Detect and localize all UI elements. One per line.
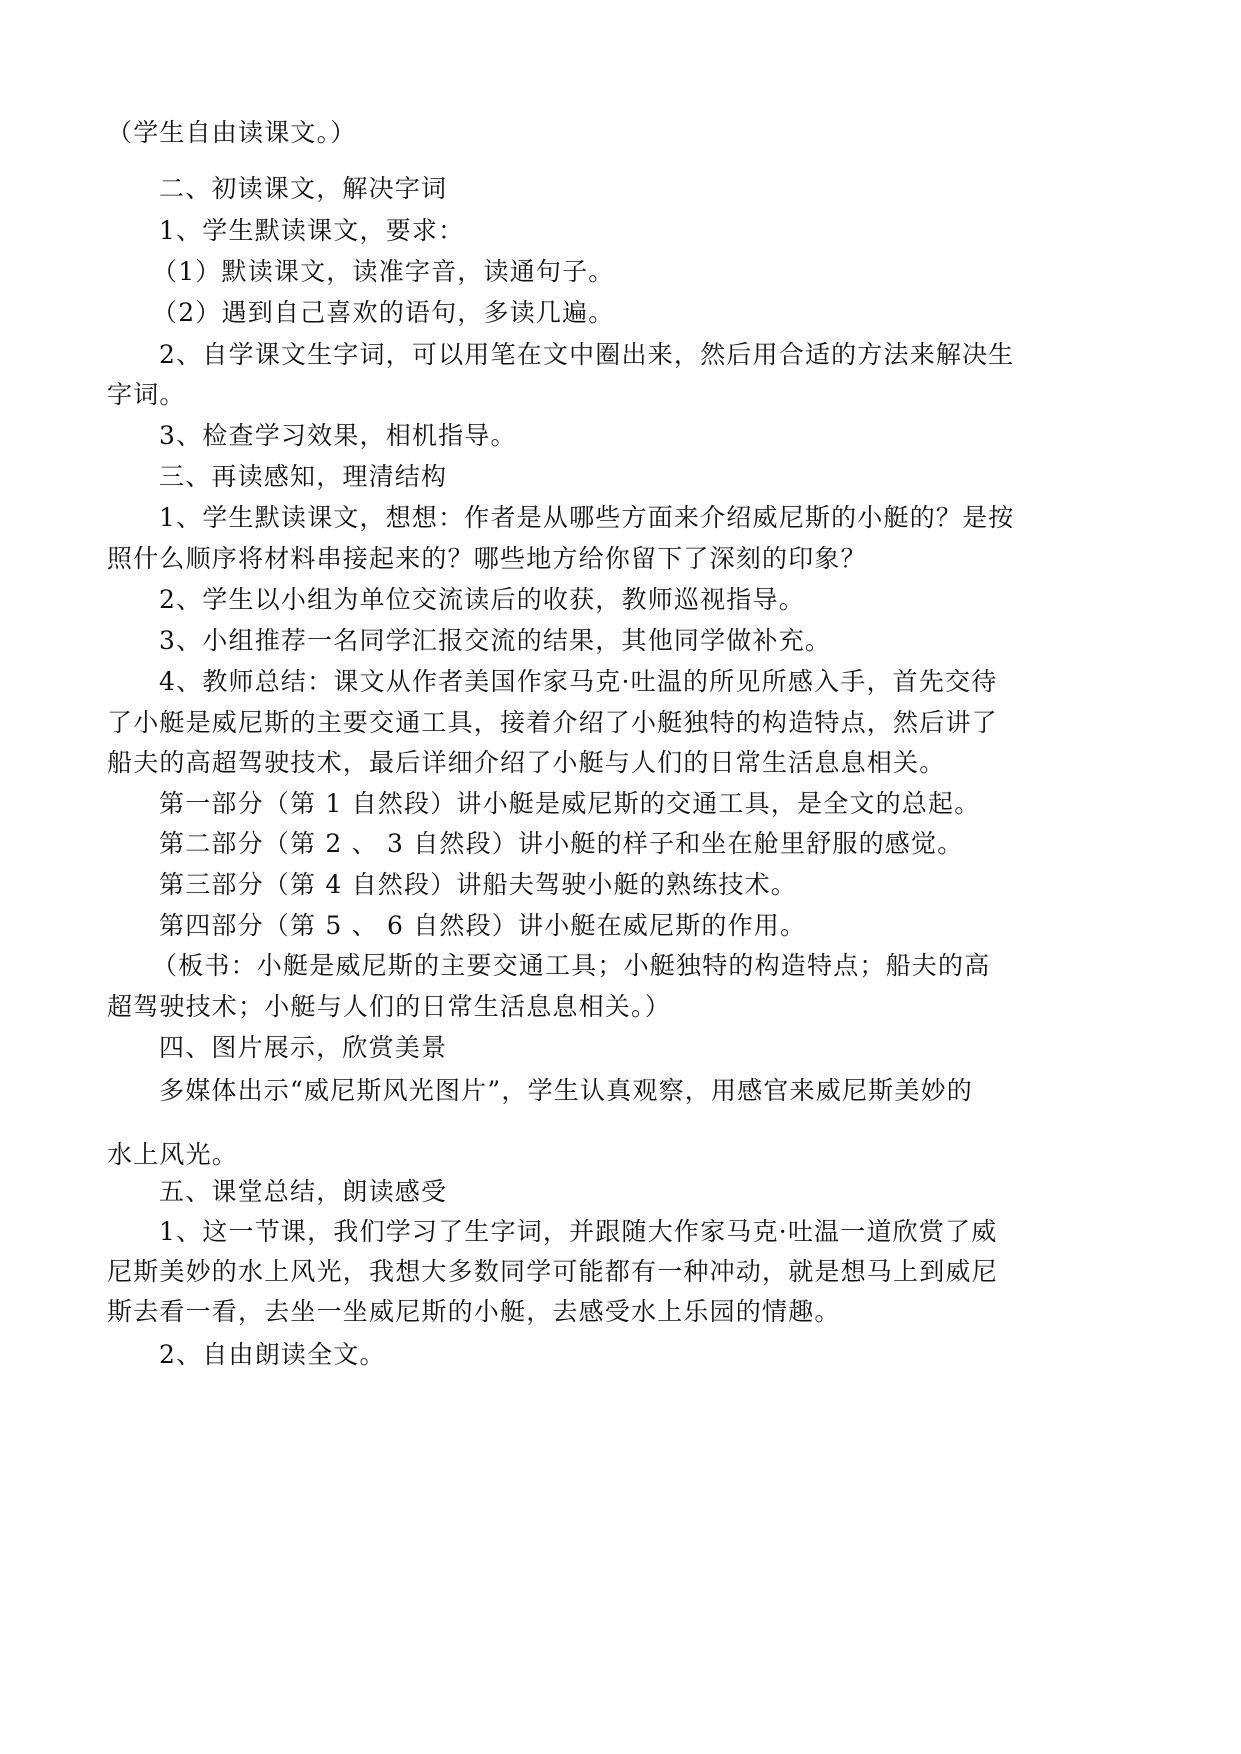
section-heading: 四、图片展示，欣赏美景 [159,1033,447,1063]
paragraph-line: 2、自由朗读全文。 [159,1340,386,1370]
paragraph-line: 船夫的高超驾驶技术，最后详细介绍了小艇与人们的日常生活息息相关。 [107,748,945,778]
paragraph-line: 字词。 [107,380,186,410]
paragraph-line: 1、学生默读课文，要求： [159,216,464,246]
list-item: （2）遇到自己喜欢的语句，多读几遍。 [152,298,615,328]
paragraph-line: 了小艇是威尼斯的主要交通工具，接着介绍了小艇独特的构造特点，然后讲了 [107,708,998,738]
section-heading: 五、课堂总结，朗读感受 [159,1177,447,1207]
paragraph-line: 4、教师总结：课文从作者美国作家马克·吐温的所见所感入手，首先交待 [159,667,997,697]
paragraph-line: 1、学生默读课文，想想：作者是从哪些方面来介绍威尼斯的小艇的？是按 [159,503,1015,533]
paragraph-line: 第四部分（第 5 、 6 自然段）讲小艇在威尼斯的作用。 [159,911,806,941]
paragraph-line: 多媒体出示“威尼斯风光图片”，学生认真观察，用感官来威尼斯美妙的 [159,1076,973,1106]
paragraph-line: 照什么顺序将材料串接起来的？哪些地方给你留下了深刻的印象？ [107,544,867,574]
paragraph-line: 2、自学课文生字词，可以用笔在文中圈出来，然后用合适的方法来解决生 [159,340,1015,370]
paragraph-line: 尼斯美妙的水上风光，我想大多数同学可能都有一种冲动，就是想马上到威尼 [107,1257,998,1287]
document-page: （学生自由读课文。） 二、初读课文，解决字词 1、学生默读课文，要求： （1）默… [0,0,1241,1754]
paragraph-line: 第二部分（第 2 、 3 自然段）讲小艇的样子和坐在舱里舒服的感觉。 [159,829,963,859]
paragraph-line: （学生自由读课文。） [107,118,357,148]
paragraph-line: （板书：小艇是威尼斯的主要交通工具；小艇独特的构造特点；船夫的高 [152,951,990,981]
list-item: （1）默读课文，读准字音，读通句子。 [152,257,615,287]
paragraph-line: 1、这一节课，我们学习了生字词，并跟随大作家马克·吐温一道欣赏了威 [159,1217,997,1247]
section-heading: 二、初读课文，解决字词 [159,174,447,204]
paragraph-line: 水上风光。 [107,1140,238,1170]
section-heading: 三、再读感知，理清结构 [159,462,447,492]
paragraph-line: 2、学生以小组为单位交流读后的收获，教师巡视指导。 [159,585,805,615]
paragraph-line: 3、检查学习效果，相机指导。 [159,421,517,451]
paragraph-line: 超驾驶技术；小艇与人们的日常生活息息相关。） [107,992,671,1022]
paragraph-line: 3、小组推荐一名同学汇报交流的结果，其他同学做补充。 [159,626,831,656]
paragraph-line: 第一部分（第 1 自然段）讲小艇是威尼斯的交通工具，是全文的总起。 [159,789,980,819]
paragraph-line: 第三部分（第 4 自然段）讲船夫驾驶小艇的熟练技术。 [159,870,797,900]
paragraph-line: 斯去看一看，去坐一坐威尼斯的小艇，去感受水上乐园的情趣。 [107,1297,841,1327]
